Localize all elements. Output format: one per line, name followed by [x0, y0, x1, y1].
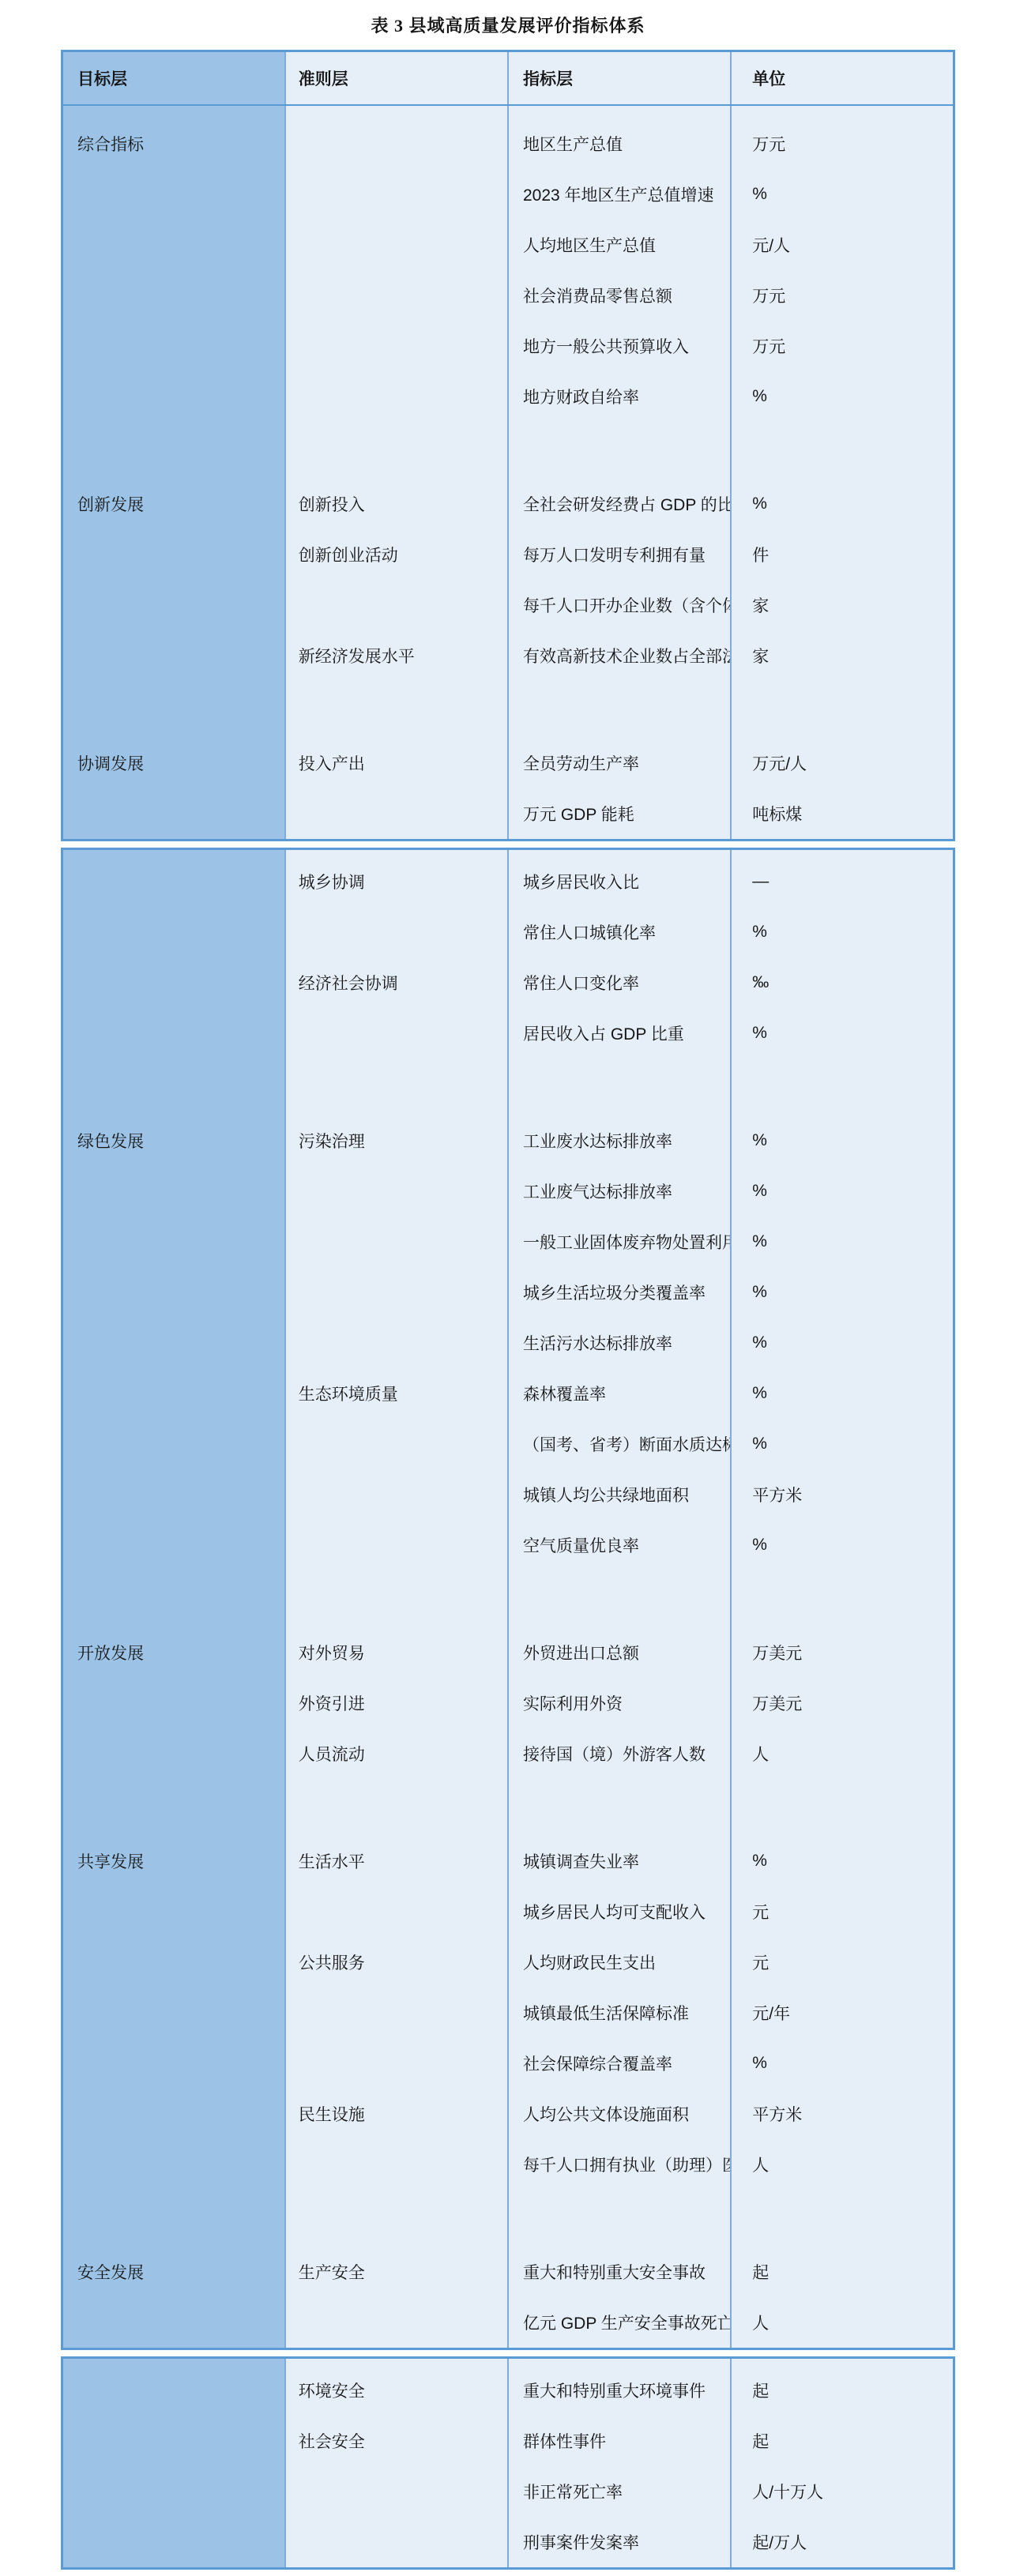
empty-cell [508, 105, 731, 118]
empty-cell [62, 681, 285, 738]
table-row: 共享发展生活水平城镇调查失业率% [62, 1836, 954, 1886]
column-header: 单位 [731, 51, 954, 106]
unit-cell: 吨标煤 [731, 788, 954, 840]
indicator-cell: 社会消费品零售总额 [508, 270, 731, 321]
target-cell: 开放发展 [62, 1627, 285, 1678]
unit-cell: 元 [731, 1886, 954, 1937]
unit-cell: 人 [731, 2139, 954, 2190]
target-cell [62, 1987, 285, 2038]
table-row: 社会保障综合覆盖率% [62, 2038, 954, 2089]
empty-cell [508, 1059, 731, 1115]
criterion-cell [285, 1419, 508, 1469]
target-cell [62, 270, 285, 321]
table-row: 城乡居民人均可支配收入元 [62, 1886, 954, 1937]
table-row: 城乡生活垃圾分类覆盖率% [62, 1267, 954, 1318]
target-cell [62, 1166, 285, 1217]
indicator-cell: 居民收入占 GDP 比重 [508, 1008, 731, 1059]
empty-cell [731, 105, 954, 118]
empty-cell [62, 2358, 285, 2366]
indicator-cell: 每千人口拥有执业（助理）医师数 [508, 2139, 731, 2190]
section-gap-row [62, 422, 954, 479]
unit-cell: % [731, 1267, 954, 1318]
target-cell [62, 1728, 285, 1779]
target-cell [62, 2038, 285, 2089]
criterion-cell [285, 1217, 508, 1267]
criterion-cell [285, 1166, 508, 1217]
target-cell [62, 2517, 285, 2569]
target-cell [62, 788, 285, 840]
target-cell [62, 580, 285, 630]
table-row: 民生设施人均公共文体设施面积平方米 [62, 2089, 954, 2139]
table-caption: 表 3 县域高质量发展评价指标体系 [0, 13, 1016, 37]
target-cell [62, 2365, 285, 2416]
criterion-cell [285, 580, 508, 630]
indicator-cell: 社会保障综合覆盖率 [508, 2038, 731, 2089]
table-row: 常住人口城镇化率% [62, 907, 954, 957]
unit-cell: 元 [731, 1937, 954, 1987]
section-gap-row [62, 1570, 954, 1627]
criterion-cell [285, 1987, 508, 2038]
table-row: 每千人口拥有执业（助理）医师数人 [62, 2139, 954, 2190]
table-row: 社会安全群体性事件起 [62, 2416, 954, 2466]
criterion-cell: 环境安全 [285, 2365, 508, 2416]
criterion-cell: 经济社会协调 [285, 957, 508, 1008]
unit-cell: % [731, 907, 954, 957]
criterion-cell [285, 118, 508, 169]
target-cell [62, 1267, 285, 1318]
target-cell: 绿色发展 [62, 1115, 285, 1166]
unit-cell: 家 [731, 580, 954, 630]
padding-row [62, 849, 954, 857]
target-cell: 协调发展 [62, 738, 285, 788]
criterion-cell [285, 270, 508, 321]
target-cell [62, 2466, 285, 2517]
empty-cell [508, 1570, 731, 1627]
criterion-cell [285, 371, 508, 422]
table-row: 创新发展创新投入全社会研发经费占 GDP 的比重% [62, 479, 954, 529]
unit-cell: % [731, 1318, 954, 1368]
section-gap-row [62, 1059, 954, 1115]
empty-cell [731, 1059, 954, 1115]
table-row: 开放发展对外贸易外贸进出口总额万美元 [62, 1627, 954, 1678]
empty-cell [62, 2190, 285, 2247]
criterion-cell [285, 2038, 508, 2089]
unit-cell: % [731, 1115, 954, 1166]
table-row: 城乡协调城乡居民收入比— [62, 856, 954, 907]
table-row: 城镇最低生活保障标准元/年 [62, 1987, 954, 2038]
criterion-cell [285, 2297, 508, 2349]
empty-cell [285, 1570, 508, 1627]
indicator-cell: 万元 GDP 能耗 [508, 788, 731, 840]
empty-cell [62, 422, 285, 479]
empty-cell [285, 1059, 508, 1115]
criterion-cell [285, 1520, 508, 1570]
indicator-cell: 地区生产总值 [508, 118, 731, 169]
indicator-cell: 人均财政民生支出 [508, 1937, 731, 1987]
unit-cell: 人 [731, 2297, 954, 2349]
padding-row [62, 105, 954, 118]
table-row: 居民收入占 GDP 比重% [62, 1008, 954, 1059]
indicator-cell: 实际利用外资 [508, 1678, 731, 1728]
unit-cell: % [731, 1836, 954, 1886]
section-gap-row [62, 681, 954, 738]
criterion-cell [285, 1886, 508, 1937]
table-row: 城镇人均公共绿地面积平方米 [62, 1469, 954, 1520]
indicator-cell: 外贸进出口总额 [508, 1627, 731, 1678]
unit-cell: 起 [731, 2365, 954, 2416]
padding-row [62, 2358, 954, 2366]
indicator-table: 城乡协调城乡居民收入比—常住人口城镇化率%经济社会协调常住人口变化率‰居民收入占… [61, 848, 955, 2350]
target-cell [62, 220, 285, 270]
table-row: 绿色发展污染治理工业废水达标排放率% [62, 1115, 954, 1166]
indicator-table: 目标层准则层指标层单位综合指标地区生产总值万元2023 年地区生产总值增速%人均… [61, 50, 955, 841]
criterion-cell: 民生设施 [285, 2089, 508, 2139]
indicator-cell: 接待国（境）外游客人数 [508, 1728, 731, 1779]
target-cell [62, 1886, 285, 1937]
indicator-table: 环境安全重大和特别重大环境事件起社会安全群体性事件起非正常死亡率人/十万人刑事案… [61, 2356, 955, 2570]
target-cell [62, 1678, 285, 1728]
unit-cell: 人 [731, 1728, 954, 1779]
unit-cell: % [731, 1520, 954, 1570]
empty-cell [62, 105, 285, 118]
criterion-cell: 新经济发展水平 [285, 630, 508, 681]
empty-cell [508, 2358, 731, 2366]
target-cell [62, 856, 285, 907]
table-row: 人员流动接待国（境）外游客人数人 [62, 1728, 954, 1779]
target-cell [62, 1419, 285, 1469]
empty-cell [731, 681, 954, 738]
criterion-cell: 创新创业活动 [285, 529, 508, 580]
unit-cell: 起 [731, 2247, 954, 2297]
empty-cell [285, 2358, 508, 2366]
empty-cell [285, 1779, 508, 1836]
empty-cell [508, 422, 731, 479]
target-cell [62, 1368, 285, 1419]
criterion-cell [285, 321, 508, 371]
indicator-tables: 目标层准则层指标层单位综合指标地区生产总值万元2023 年地区生产总值增速%人均… [0, 50, 1016, 2570]
empty-cell [508, 681, 731, 738]
unit-cell: % [731, 1419, 954, 1469]
empty-cell [508, 1779, 731, 1836]
indicator-cell: 工业废气达标排放率 [508, 1166, 731, 1217]
target-cell: 安全发展 [62, 2247, 285, 2297]
table-row: 外资引进实际利用外资万美元 [62, 1678, 954, 1728]
empty-cell [731, 422, 954, 479]
indicator-cell: 非正常死亡率 [508, 2466, 731, 2517]
unit-cell: 元/年 [731, 1987, 954, 2038]
indicator-cell: 人均公共文体设施面积 [508, 2089, 731, 2139]
empty-cell [508, 2190, 731, 2247]
table-row: 公共服务人均财政民生支出元 [62, 1937, 954, 1987]
table-row: 生活污水达标排放率% [62, 1318, 954, 1368]
table-row: 环境安全重大和特别重大环境事件起 [62, 2365, 954, 2416]
unit-cell: 元/人 [731, 220, 954, 270]
indicator-cell: 每万人口发明专利拥有量 [508, 529, 731, 580]
table-row: 亿元 GDP 生产安全事故死亡人数人 [62, 2297, 954, 2349]
unit-cell: % [731, 1166, 954, 1217]
unit-cell: % [731, 169, 954, 220]
target-cell [62, 630, 285, 681]
table-row: 万元 GDP 能耗吨标煤 [62, 788, 954, 840]
indicator-cell: 重大和特别重大安全事故 [508, 2247, 731, 2297]
indicator-cell: 常住人口城镇化率 [508, 907, 731, 957]
criterion-cell [285, 1318, 508, 1368]
table-row: 经济社会协调常住人口变化率‰ [62, 957, 954, 1008]
unit-cell: ‰ [731, 957, 954, 1008]
criterion-cell: 社会安全 [285, 2416, 508, 2466]
target-cell [62, 1318, 285, 1368]
unit-cell: % [731, 1368, 954, 1419]
criterion-cell: 污染治理 [285, 1115, 508, 1166]
empty-cell [62, 1059, 285, 1115]
indicator-cell: 全社会研发经费占 GDP 的比重 [508, 479, 731, 529]
section-gap-row [62, 2190, 954, 2247]
unit-cell: 起/万人 [731, 2517, 954, 2569]
unit-cell: 万元 [731, 118, 954, 169]
empty-cell [62, 1779, 285, 1836]
table-row: 地方一般公共预算收入万元 [62, 321, 954, 371]
empty-cell [285, 681, 508, 738]
target-cell [62, 907, 285, 957]
empty-cell [285, 422, 508, 479]
criterion-cell: 生态环境质量 [285, 1368, 508, 1419]
document-page: 表 3 县域高质量发展评价指标体系 目标层准则层指标层单位综合指标地区生产总值万… [0, 13, 1016, 2570]
target-cell [62, 321, 285, 371]
criterion-cell [285, 2139, 508, 2190]
unit-cell: 万元/人 [731, 738, 954, 788]
table-row: 一般工业固体废弃物处置利用率% [62, 1217, 954, 1267]
table-row: 创新创业活动每万人口发明专利拥有量件 [62, 529, 954, 580]
indicator-cell: 亿元 GDP 生产安全事故死亡人数 [508, 2297, 731, 2349]
unit-cell: 家 [731, 630, 954, 681]
indicator-cell: 每千人口开办企业数（含个体工商户） [508, 580, 731, 630]
criterion-cell [285, 1008, 508, 1059]
target-cell [62, 1937, 285, 1987]
column-header: 准则层 [285, 51, 508, 106]
unit-cell: 平方米 [731, 2089, 954, 2139]
criterion-cell [285, 1267, 508, 1318]
criterion-cell [285, 2517, 508, 2569]
unit-cell: 平方米 [731, 1469, 954, 1520]
indicator-cell: 地方一般公共预算收入 [508, 321, 731, 371]
criterion-cell: 城乡协调 [285, 856, 508, 907]
indicator-cell: 地方财政自给率 [508, 371, 731, 422]
target-cell [62, 2416, 285, 2466]
criterion-cell: 公共服务 [285, 1937, 508, 1987]
unit-cell: % [731, 1217, 954, 1267]
indicator-cell: 城乡生活垃圾分类覆盖率 [508, 1267, 731, 1318]
empty-cell [285, 105, 508, 118]
unit-cell: 万元 [731, 321, 954, 371]
criterion-cell [285, 169, 508, 220]
indicator-cell: 2023 年地区生产总值增速 [508, 169, 731, 220]
empty-cell [731, 1779, 954, 1836]
indicator-cell: 全员劳动生产率 [508, 738, 731, 788]
criterion-cell [285, 1469, 508, 1520]
target-cell [62, 2297, 285, 2349]
table-row: （国考、省考）断面水质达标率% [62, 1419, 954, 1469]
indicator-cell: （国考、省考）断面水质达标率 [508, 1419, 731, 1469]
column-header: 指标层 [508, 51, 731, 106]
criterion-cell [285, 788, 508, 840]
empty-cell [285, 2190, 508, 2247]
target-cell [62, 529, 285, 580]
criterion-cell: 外资引进 [285, 1678, 508, 1728]
unit-cell: % [731, 479, 954, 529]
table-row: 地方财政自给率% [62, 371, 954, 422]
target-cell [62, 2089, 285, 2139]
target-cell [62, 1217, 285, 1267]
section-gap-row [62, 1779, 954, 1836]
criterion-cell [285, 220, 508, 270]
empty-cell [508, 849, 731, 857]
indicator-cell: 森林覆盖率 [508, 1368, 731, 1419]
indicator-cell: 城乡居民人均可支配收入 [508, 1886, 731, 1937]
target-cell [62, 957, 285, 1008]
column-header: 目标层 [62, 51, 285, 106]
unit-cell: 万美元 [731, 1627, 954, 1678]
table-row: 综合指标地区生产总值万元 [62, 118, 954, 169]
criterion-cell [285, 2466, 508, 2517]
table-row: 2023 年地区生产总值增速% [62, 169, 954, 220]
criterion-cell [285, 907, 508, 957]
unit-cell: 万美元 [731, 1678, 954, 1728]
indicator-cell: 刑事案件发案率 [508, 2517, 731, 2569]
unit-cell: 万元 [731, 270, 954, 321]
table-row: 生态环境质量森林覆盖率% [62, 1368, 954, 1419]
target-cell: 综合指标 [62, 118, 285, 169]
indicator-cell: 城乡居民收入比 [508, 856, 731, 907]
empty-cell [731, 849, 954, 857]
target-cell [62, 1008, 285, 1059]
unit-cell: — [731, 856, 954, 907]
table-row: 空气质量优良率% [62, 1520, 954, 1570]
table-row: 工业废气达标排放率% [62, 1166, 954, 1217]
table-row: 新经济发展水平有效高新技术企业数占全部法人企业比重家 [62, 630, 954, 681]
target-cell [62, 169, 285, 220]
empty-cell [731, 2190, 954, 2247]
criterion-cell: 生产安全 [285, 2247, 508, 2297]
target-cell [62, 1520, 285, 1570]
unit-cell: 件 [731, 529, 954, 580]
table-row: 刑事案件发案率起/万人 [62, 2517, 954, 2569]
table-row: 协调发展投入产出全员劳动生产率万元/人 [62, 738, 954, 788]
header-row: 目标层准则层指标层单位 [62, 51, 954, 106]
table-row: 人均地区生产总值元/人 [62, 220, 954, 270]
indicator-cell: 人均地区生产总值 [508, 220, 731, 270]
indicator-cell: 工业废水达标排放率 [508, 1115, 731, 1166]
empty-cell [62, 1570, 285, 1627]
criterion-cell: 创新投入 [285, 479, 508, 529]
unit-cell: % [731, 2038, 954, 2089]
unit-cell: % [731, 1008, 954, 1059]
target-cell [62, 2139, 285, 2190]
table-row: 每千人口开办企业数（含个体工商户）家 [62, 580, 954, 630]
criterion-cell: 对外贸易 [285, 1627, 508, 1678]
empty-cell [62, 849, 285, 857]
indicator-cell: 重大和特别重大环境事件 [508, 2365, 731, 2416]
target-cell [62, 371, 285, 422]
table-row: 社会消费品零售总额万元 [62, 270, 954, 321]
table-row: 安全发展生产安全重大和特别重大安全事故起 [62, 2247, 954, 2297]
indicator-cell: 群体性事件 [508, 2416, 731, 2466]
target-cell [62, 1469, 285, 1520]
criterion-cell: 投入产出 [285, 738, 508, 788]
unit-cell: 起 [731, 2416, 954, 2466]
target-cell: 共享发展 [62, 1836, 285, 1886]
empty-cell [731, 2358, 954, 2366]
unit-cell: 人/十万人 [731, 2466, 954, 2517]
empty-cell [285, 849, 508, 857]
table-row: 非正常死亡率人/十万人 [62, 2466, 954, 2517]
indicator-cell: 一般工业固体废弃物处置利用率 [508, 1217, 731, 1267]
criterion-cell: 人员流动 [285, 1728, 508, 1779]
target-cell: 创新发展 [62, 479, 285, 529]
indicator-cell: 城镇最低生活保障标准 [508, 1987, 731, 2038]
indicator-cell: 空气质量优良率 [508, 1520, 731, 1570]
indicator-cell: 生活污水达标排放率 [508, 1318, 731, 1368]
unit-cell: % [731, 371, 954, 422]
criterion-cell: 生活水平 [285, 1836, 508, 1886]
empty-cell [731, 1570, 954, 1627]
indicator-cell: 城镇人均公共绿地面积 [508, 1469, 731, 1520]
indicator-cell: 常住人口变化率 [508, 957, 731, 1008]
indicator-cell: 城镇调查失业率 [508, 1836, 731, 1886]
indicator-cell: 有效高新技术企业数占全部法人企业比重 [508, 630, 731, 681]
